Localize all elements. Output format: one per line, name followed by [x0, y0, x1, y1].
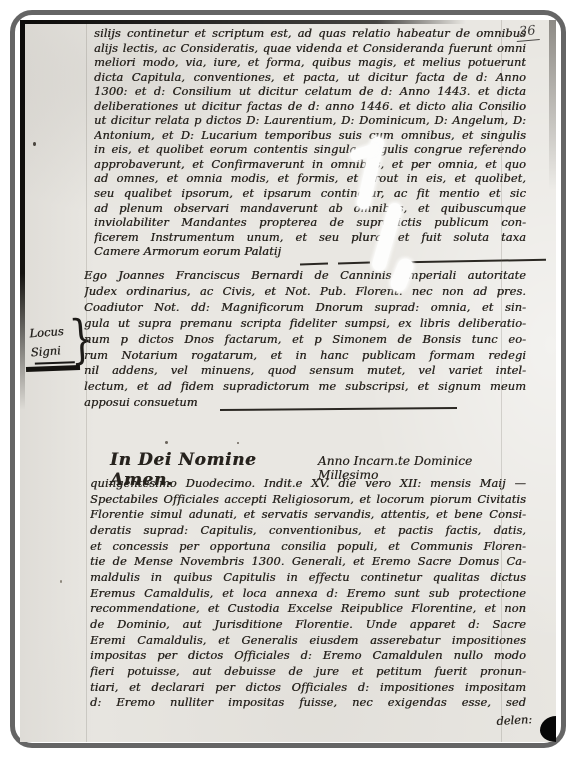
manuscript-line: tiari, et declarari per dictos Officiale…: [90, 680, 526, 696]
manuscript-line: Antonium, et D: Lucarium temporibus suis…: [94, 128, 526, 143]
manuscript-line: ficerem Instrumentum unum, et seu plura,…: [94, 230, 526, 245]
manuscript-line: Camere Armorum eorum Palatij: [94, 244, 526, 259]
scan-edge-shadow-right: [549, 20, 556, 190]
manuscript-scan: 36 silijs continetur et scriptum est, ad…: [20, 20, 556, 742]
manuscript-line: ad omnes, et omnia modis, et formis, et …: [94, 171, 526, 186]
paragraph-invocation-body: quingentesimo Duodecimo. Indit.e XV. die…: [90, 476, 526, 711]
manuscript-line: Eremus Camaldulis, et loca annexa d: Ere…: [90, 586, 526, 602]
manuscript-line: Judex ordinarius, ac Civis, et Not. Pub.…: [84, 284, 526, 300]
notary-sign-mark: [26, 361, 80, 375]
paper-fold-line-right: [501, 20, 502, 742]
sign-mark-thin-bar: [35, 361, 75, 364]
manuscript-line: deliberationes ut dicitur factas de d: a…: [94, 99, 526, 114]
paper-speck: [33, 142, 36, 146]
manuscript-line: alijs lectis, ac Consideratis, quae vide…: [94, 41, 526, 56]
paragraph-approval-clause: silijs continetur et scriptum est, ad qu…: [94, 26, 526, 259]
manuscript-line: lectum, et ad fidem supradictorum me sub…: [84, 379, 526, 395]
manuscript-line: recommendatione, et Custodia Excelse Rei…: [90, 601, 526, 617]
manuscript-line: 1300: et d: Consilium ut dicitur celatum…: [94, 84, 526, 99]
filler-rule-dash: [338, 261, 370, 264]
manuscript-line: fieri potuisse, aut debuisse de jure et …: [90, 664, 526, 680]
manuscript-line: Spectabiles Officiales accepti Religioso…: [90, 492, 526, 508]
margin-note-word: Signi: [30, 341, 66, 362]
manuscript-line: in eis, et quolibet eorum contentis sing…: [94, 142, 526, 157]
manuscript-line: gula ut supra premanu scripta fideliter …: [84, 316, 526, 332]
paper-speck: [60, 580, 62, 583]
manuscript-line: meliori modo, via, iure, et forma, quibu…: [94, 55, 526, 70]
manuscript-line: silijs continetur et scriptum est, ad qu…: [94, 26, 526, 41]
manuscript-line: nil addens, vel minuens, quod sensum mut…: [84, 363, 526, 379]
manuscript-line: Ego Joannes Franciscus Bernardi de Canni…: [84, 268, 526, 284]
filler-rule-line: [406, 259, 546, 263]
catchword: delen:: [460, 712, 533, 730]
margin-note-word: Locus: [29, 322, 65, 343]
paper-speck: [237, 442, 239, 444]
manuscript-line: de Dominio, aut Jurisditione Florentie. …: [90, 617, 526, 633]
manuscript-line: seu qualibet ipsorum, et ipsarum contine…: [94, 186, 526, 201]
paper-speck: [165, 441, 168, 444]
manuscript-line: deratis suprad: Capitulis, conventionibu…: [90, 523, 526, 539]
scan-edge-shadow-left: [20, 20, 25, 410]
ink-blot-notch: [540, 716, 556, 742]
manuscript-line: num p dictos Dnos factarum, et p Simonem…: [84, 332, 526, 348]
manuscript-line: inviolabiliter Mandantes propterea de su…: [94, 215, 526, 230]
manuscript-line: impositas per dictos Officiales d: Eremo…: [90, 648, 526, 664]
manuscript-line: ad plenum observari mandaverunt ab omnib…: [94, 201, 526, 216]
manuscript-line: maldulis in quibus Capitulis in effectu …: [90, 570, 526, 586]
margin-note-locus-signi: Locus Signi }: [28, 314, 100, 369]
manuscript-line: dicta Capitula, conventiones, et pacta, …: [94, 70, 526, 85]
manuscript-line: et concessis per opportuna consilia popu…: [90, 539, 526, 555]
paragraph-notary-attestation: Ego Joannes Franciscus Bernardi de Canni…: [84, 268, 526, 411]
manuscript-line: ut dicitur relata p dictos D: Laurentium…: [94, 113, 526, 128]
paper-fold-line-left: [86, 20, 87, 742]
scan-edge-shadow-top: [20, 20, 466, 24]
sign-mark-thick-bar: [26, 365, 80, 371]
screenshot-root: 36 silijs continetur et scriptum est, ad…: [0, 0, 576, 760]
manuscript-line: tie de Mense Novembris 1300. Generali, e…: [90, 554, 526, 570]
manuscript-line: rum Notarium rogatarum, et in hanc publi…: [84, 348, 526, 364]
manuscript-line: approbaverunt, et Confirmaverunt in omni…: [94, 157, 526, 172]
margin-note-words: Locus Signi: [29, 322, 66, 362]
filler-rule-dash: [300, 263, 328, 266]
manuscript-line: Eremi Camaldulis, et Generalis eiusdem a…: [90, 633, 526, 649]
manuscript-line: quingentesimo Duodecimo. Indit.e XV. die…: [90, 476, 526, 492]
margin-brace-icon: }: [68, 314, 95, 366]
manuscript-line: Coadiutor Not. dd: Magnificorum Dnorum s…: [84, 300, 526, 316]
manuscript-line: d: Eremo nulliter impositas fuisse, nec …: [90, 695, 526, 711]
manuscript-line: Florentie simul adunati, et servatis ser…: [90, 507, 526, 523]
